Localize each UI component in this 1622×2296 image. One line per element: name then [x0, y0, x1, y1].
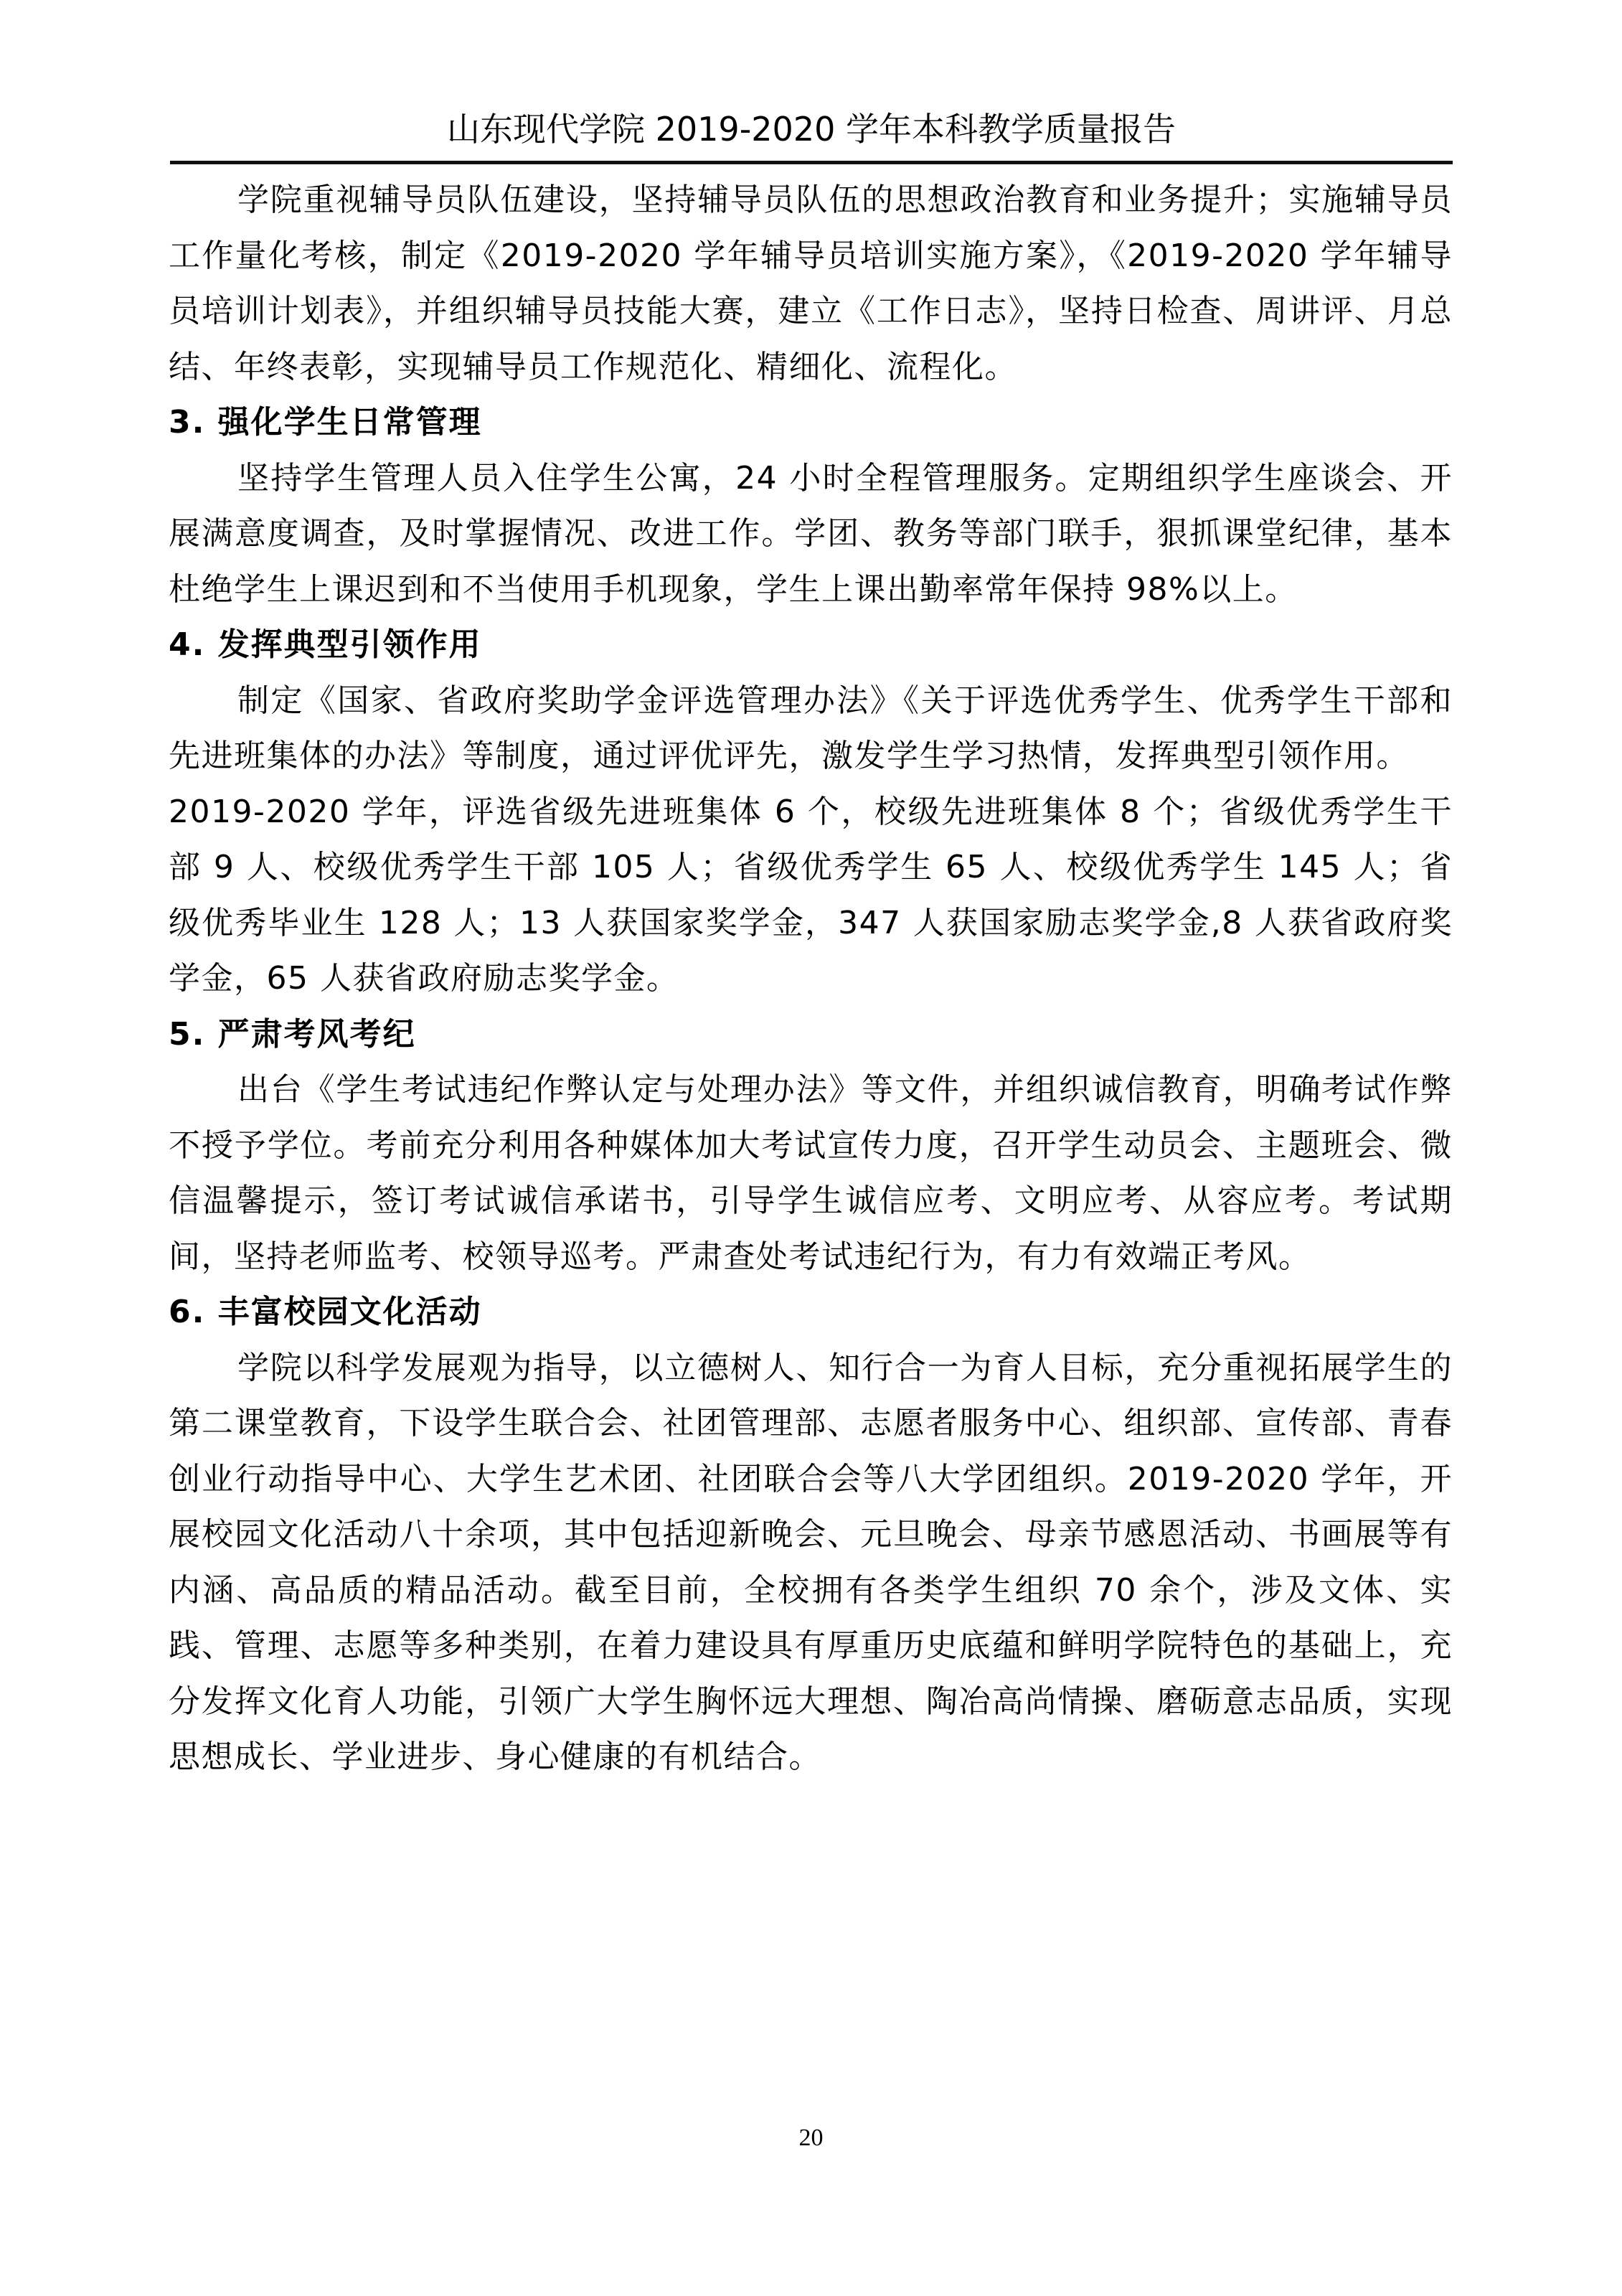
section-heading-campus-culture: 6. 丰富校园文化活动 [169, 1284, 1453, 1340]
section-heading-exam-discipline: 5. 严肃考风考纪 [169, 1007, 1453, 1063]
page-number: 20 [0, 2124, 1622, 2152]
section-heading-role-models: 4. 发挥典型引领作用 [169, 617, 1453, 673]
section-paragraph: 坚持学生管理人员入住学生公寓，24 小时全程管理服务。定期组织学生座谈会、开展满… [169, 451, 1453, 618]
intro-paragraph: 学院重视辅导员队伍建设，坚持辅导员队伍的思想政治教育和业务提升；实施辅导员工作量… [169, 172, 1453, 395]
section-paragraph: 出台《学生考试违纪作弊认定与处理办法》等文件，并组织诚信教育，明确考试作弊不授予… [169, 1062, 1453, 1284]
section-heading-daily-management: 3. 强化学生日常管理 [169, 395, 1453, 451]
section-paragraph-awards: 2019-2020 学年，评选省级先进班集体 6 个，校级先进班集体 8 个；省… [169, 784, 1453, 1007]
page-header-title: 山东现代学院 2019-2020 学年本科教学质量报告 [170, 108, 1453, 151]
section-paragraph: 学院以科学发展观为指导，以立德树人、知行合一为育人目标，充分重视拓展学生的第二课… [169, 1340, 1453, 1785]
document-body: 学院重视辅导员队伍建设，坚持辅导员队伍的思想政治教育和业务提升；实施辅导员工作量… [169, 172, 1453, 1785]
header-divider [170, 161, 1453, 164]
section-paragraph: 制定《国家、省政府奖助学金评选管理办法》《关于评选优秀学生、优秀学生干部和先进班… [169, 673, 1453, 784]
